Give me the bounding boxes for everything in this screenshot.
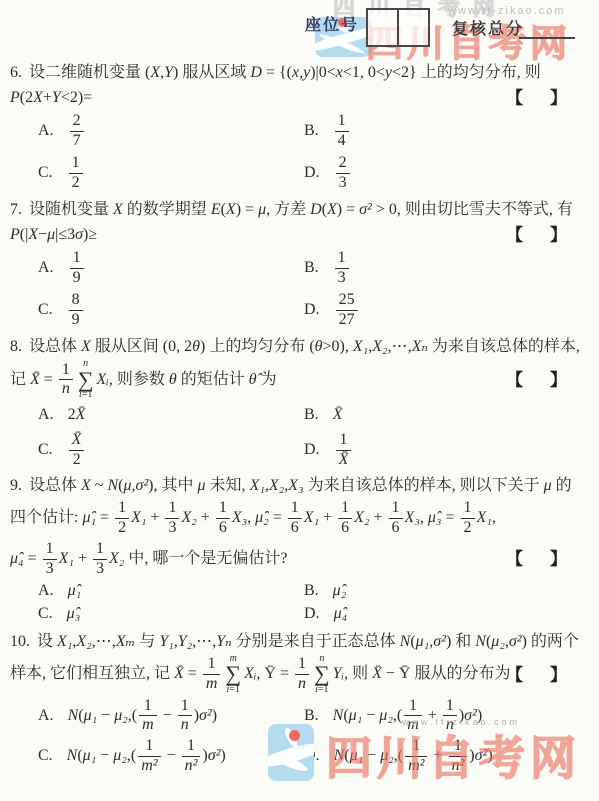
seat-box-cell — [399, 10, 428, 45]
option-formula: X̄2 — [67, 430, 87, 471]
question-lines: 10.设 X₁,X₂,⋯,Xₘ 与 Y₁,Y₂,⋯,Yₙ 分别是来自于正态总体 … — [10, 629, 591, 696]
bracket-open: 【 — [506, 370, 523, 389]
seat-number-label: 座位号 — [305, 12, 359, 35]
option-formula: N(μ₁ − μ₂,(1m + 1n)σ²) — [333, 696, 482, 737]
question-text: 设随机变量 X 的数学期望 E(X) = μ, 方差 D(X) = σ² > 0… — [29, 201, 573, 218]
option-item: B. 13 — [304, 247, 591, 289]
question-text: P(|X−μ|≤3σ)≥ — [10, 226, 97, 243]
answer-bracket: 【】 — [506, 222, 567, 247]
header: 四川自考网 www.tf-zikao.com 四川自考网 座位号 复核总分 — [0, 0, 599, 58]
option-formula: N(μ₁ − μ₂,(1m − 1n)σ²) — [68, 696, 217, 737]
question-number: 6. — [10, 64, 22, 81]
question-text: 设总体 X ~ N(μ,σ²), 其中 μ 未知, X₁,X₂,X₃ 为来自该总… — [29, 477, 572, 494]
bracket-open: 【 — [506, 88, 523, 107]
question-text: μ̂₄ = 13X₁ + 13X₂ 中, 哪一个是无偏估计? — [10, 550, 287, 567]
question-line: 四个估计: μ̂₁ = 12X₁ + 13X₂ + 16X₃, μ̂₂ = 16… — [10, 498, 591, 539]
option-item: B. X̄ — [304, 401, 591, 430]
answer-bracket: 【】 — [506, 85, 567, 110]
question-text: 设二维随机变量 (X,Y) 服从区域 D = {(x,y)|0<x<1, 0<y… — [29, 64, 541, 81]
question-line: 8.设总体 X 服从区间 (0, 2θ) 上的均匀分布 (θ>0), X₁,X₂… — [10, 334, 591, 359]
option-label: C. — [38, 747, 53, 765]
answer-bracket: 【】 — [506, 367, 567, 392]
option-label: A. — [38, 406, 54, 424]
option-label: B. — [304, 259, 319, 277]
question-line: 9.设总体 X ~ N(μ,σ²), 其中 μ 未知, X₁,X₂,X₃ 为来自… — [10, 473, 591, 498]
option-label: B. — [304, 707, 319, 725]
option-label: D. — [304, 605, 320, 623]
question-lines: 6.设二维随机变量 (X,Y) 服从区域 D = {(x,y)|0<x<1, 0… — [10, 60, 591, 110]
seat-box-cell — [368, 10, 399, 45]
option-formula: μ̂₃ — [67, 605, 81, 623]
question-text: 记 X̄ = 1nn∑i=1Xᵢ, 则参数 θ 的矩估计 θ̂ 为 — [10, 371, 277, 388]
question-text: 设总体 X 服从区间 (0, 2θ) 上的均匀分布 (θ>0), X₁,X₂,⋯… — [29, 338, 580, 355]
question-block: 6.设二维随机变量 (X,Y) 服从区域 D = {(x,y)|0<x<1, 0… — [10, 60, 591, 194]
option-label: C. — [38, 301, 53, 319]
option-formula: X̄ — [333, 406, 343, 424]
option-label: A. — [38, 707, 54, 725]
question-lines: 7.设随机变量 X 的数学期望 E(X) = μ, 方差 D(X) = σ² >… — [10, 197, 591, 247]
option-item: C. X̄2 — [38, 430, 304, 471]
question-line: μ̂₄ = 13X₁ + 13X₂ 中, 哪一个是无偏估计? 【】 — [10, 539, 591, 580]
option-formula: 2527 — [334, 290, 360, 331]
option-item: B. 14 — [304, 110, 591, 152]
option-formula: 89 — [67, 290, 85, 331]
option-formula: N(μ₁ − μ₂,(1m² + 1n²)σ²) — [334, 736, 493, 777]
site-url-watermark: www.tf-zikao.com — [402, 717, 520, 727]
option-formula: 12 — [67, 153, 85, 194]
option-item: A. μ̂₁ — [38, 580, 304, 603]
answer-bracket: 【】 — [506, 662, 567, 687]
question-text: 设 X₁,X₂,⋯,Xₘ 与 Y₁,Y₂,⋯,Yₙ 分别是来自于正态总体 N(μ… — [37, 633, 579, 650]
bracket-close: 】 — [550, 665, 567, 684]
option-formula: 2X̄ — [68, 406, 86, 424]
question-block: 8.设总体 X 服从区间 (0, 2θ) 上的均匀分布 (θ>0), X₁,X₂… — [10, 334, 591, 470]
question-lines: 9.设总体 X ~ N(μ,σ²), 其中 μ 未知, X₁,X₂,X₃ 为来自… — [10, 473, 591, 579]
question-line: 记 X̄ = 1nn∑i=1Xᵢ, 则参数 θ 的矩估计 θ̂ 为 【】 — [10, 359, 591, 401]
option-label: A. — [38, 122, 54, 140]
option-formula: 13 — [333, 248, 351, 289]
answer-bracket: 【】 — [506, 547, 567, 572]
question-line: 6.设二维随机变量 (X,Y) 服从区域 D = {(x,y)|0<x<1, 0… — [10, 60, 591, 85]
option-item: D. 2527 — [304, 289, 591, 331]
option-item: D. N(μ₁ − μ₂,(1m² + 1n²)σ²) — [304, 736, 591, 777]
question-number: 8. — [10, 338, 22, 355]
option-label: D. — [304, 164, 320, 182]
option-item: B. N(μ₁ − μ₂,(1m + 1n)σ²) — [304, 696, 591, 737]
option-formula: μ̂₄ — [334, 605, 348, 623]
option-label: D. — [304, 301, 320, 319]
option-formula: 19 — [68, 248, 86, 289]
question-text: 四个估计: μ̂₁ = 12X₁ + 13X₂ + 16X₃, μ̂₂ = 16… — [10, 509, 496, 526]
option-formula: N(μ₁ − μ₂,(1m² − 1n²)σ²) — [67, 736, 226, 777]
bracket-open: 【 — [506, 225, 523, 244]
option-formula: 1X̄ — [334, 430, 354, 471]
bracket-open: 【 — [506, 550, 523, 569]
option-formula: 27 — [68, 111, 86, 152]
question-options: A. 19 B. 13 C. 89 D. 2527 — [10, 247, 591, 331]
question-line: P(2X+Y<2)= 【】 — [10, 85, 591, 110]
question-text: 样本, 它们相互独立, 记 X̄ = 1mm∑i=1Xᵢ, Ȳ = 1nn∑i=… — [10, 665, 510, 682]
logo-red-dot-icon — [289, 730, 300, 741]
question-line: 10.设 X₁,X₂,⋯,Xₘ 与 Y₁,Y₂,⋯,Yₙ 分别是来自于正态总体 … — [10, 629, 591, 654]
questions: 6.设二维随机变量 (X,Y) 服从区域 D = {(x,y)|0<x<1, 0… — [10, 60, 591, 780]
question-line: 7.设随机变量 X 的数学期望 E(X) = μ, 方差 D(X) = σ² >… — [10, 197, 591, 222]
option-label: A. — [38, 582, 54, 600]
question-block: 7.设随机变量 X 的数学期望 E(X) = μ, 方差 D(X) = σ² >… — [10, 197, 591, 331]
option-label: B. — [304, 582, 319, 600]
option-item: C. 89 — [38, 289, 304, 331]
option-item: C. 12 — [38, 152, 304, 194]
question-options: A. μ̂₁ B. μ̂₂ C. μ̂₃ D. μ̂₄ — [10, 580, 591, 626]
option-formula: μ̂₁ — [68, 582, 82, 600]
option-item: A. 19 — [38, 247, 304, 289]
question-block: 9.设总体 X ~ N(μ,σ²), 其中 μ 未知, X₁,X₂,X₃ 为来自… — [10, 473, 591, 625]
option-item: A. 2X̄ — [38, 401, 304, 430]
bracket-close: 】 — [550, 370, 567, 389]
question-line: P(|X−μ|≤3σ)≥ 【】 — [10, 222, 591, 247]
option-item: D. μ̂₄ — [304, 603, 591, 626]
review-total-score-label: 复核总分 — [452, 16, 524, 39]
option-item: B. μ̂₂ — [304, 580, 591, 603]
site-logo-watermark — [268, 724, 314, 781]
option-label: D. — [304, 441, 320, 459]
option-label: C. — [38, 164, 53, 182]
option-item: A. 27 — [38, 110, 304, 152]
bracket-close: 】 — [550, 550, 567, 569]
option-formula: 14 — [333, 111, 351, 152]
review-score-blank-line — [519, 37, 575, 39]
option-label: A. — [38, 259, 54, 277]
bracket-close: 】 — [550, 88, 567, 107]
question-text: P(2X+Y<2)= — [10, 89, 92, 106]
question-number: 9. — [10, 477, 22, 494]
option-item: C. N(μ₁ − μ₂,(1m² − 1n²)σ²) — [38, 736, 304, 777]
bracket-close: 】 — [550, 225, 567, 244]
option-label: C. — [38, 605, 53, 623]
option-label: B. — [304, 122, 319, 140]
option-item: D. 23 — [304, 152, 591, 194]
option-item: D. 1X̄ — [304, 430, 591, 471]
question-lines: 8.设总体 X 服从区间 (0, 2θ) 上的均匀分布 (θ>0), X₁,X₂… — [10, 334, 591, 401]
option-formula: μ̂₂ — [333, 582, 347, 600]
bracket-open: 【 — [506, 665, 523, 684]
question-options: A. 2X̄ B. X̄ C. X̄2 D. 1X̄ — [10, 401, 591, 471]
option-item: A. N(μ₁ − μ₂,(1m − 1n)σ²) — [38, 696, 304, 737]
seat-number-box — [366, 8, 430, 47]
option-formula: 23 — [334, 153, 352, 194]
question-number: 10. — [10, 633, 30, 650]
question-options: A. 27 B. 14 C. 12 D. 23 — [10, 110, 591, 194]
option-label: B. — [304, 406, 319, 424]
question-line: 样本, 它们相互独立, 记 X̄ = 1mm∑i=1Xᵢ, Ȳ = 1nn∑i=… — [10, 654, 591, 696]
option-label: C. — [38, 441, 53, 459]
question-number: 7. — [10, 201, 22, 218]
option-item: C. μ̂₃ — [38, 603, 304, 626]
